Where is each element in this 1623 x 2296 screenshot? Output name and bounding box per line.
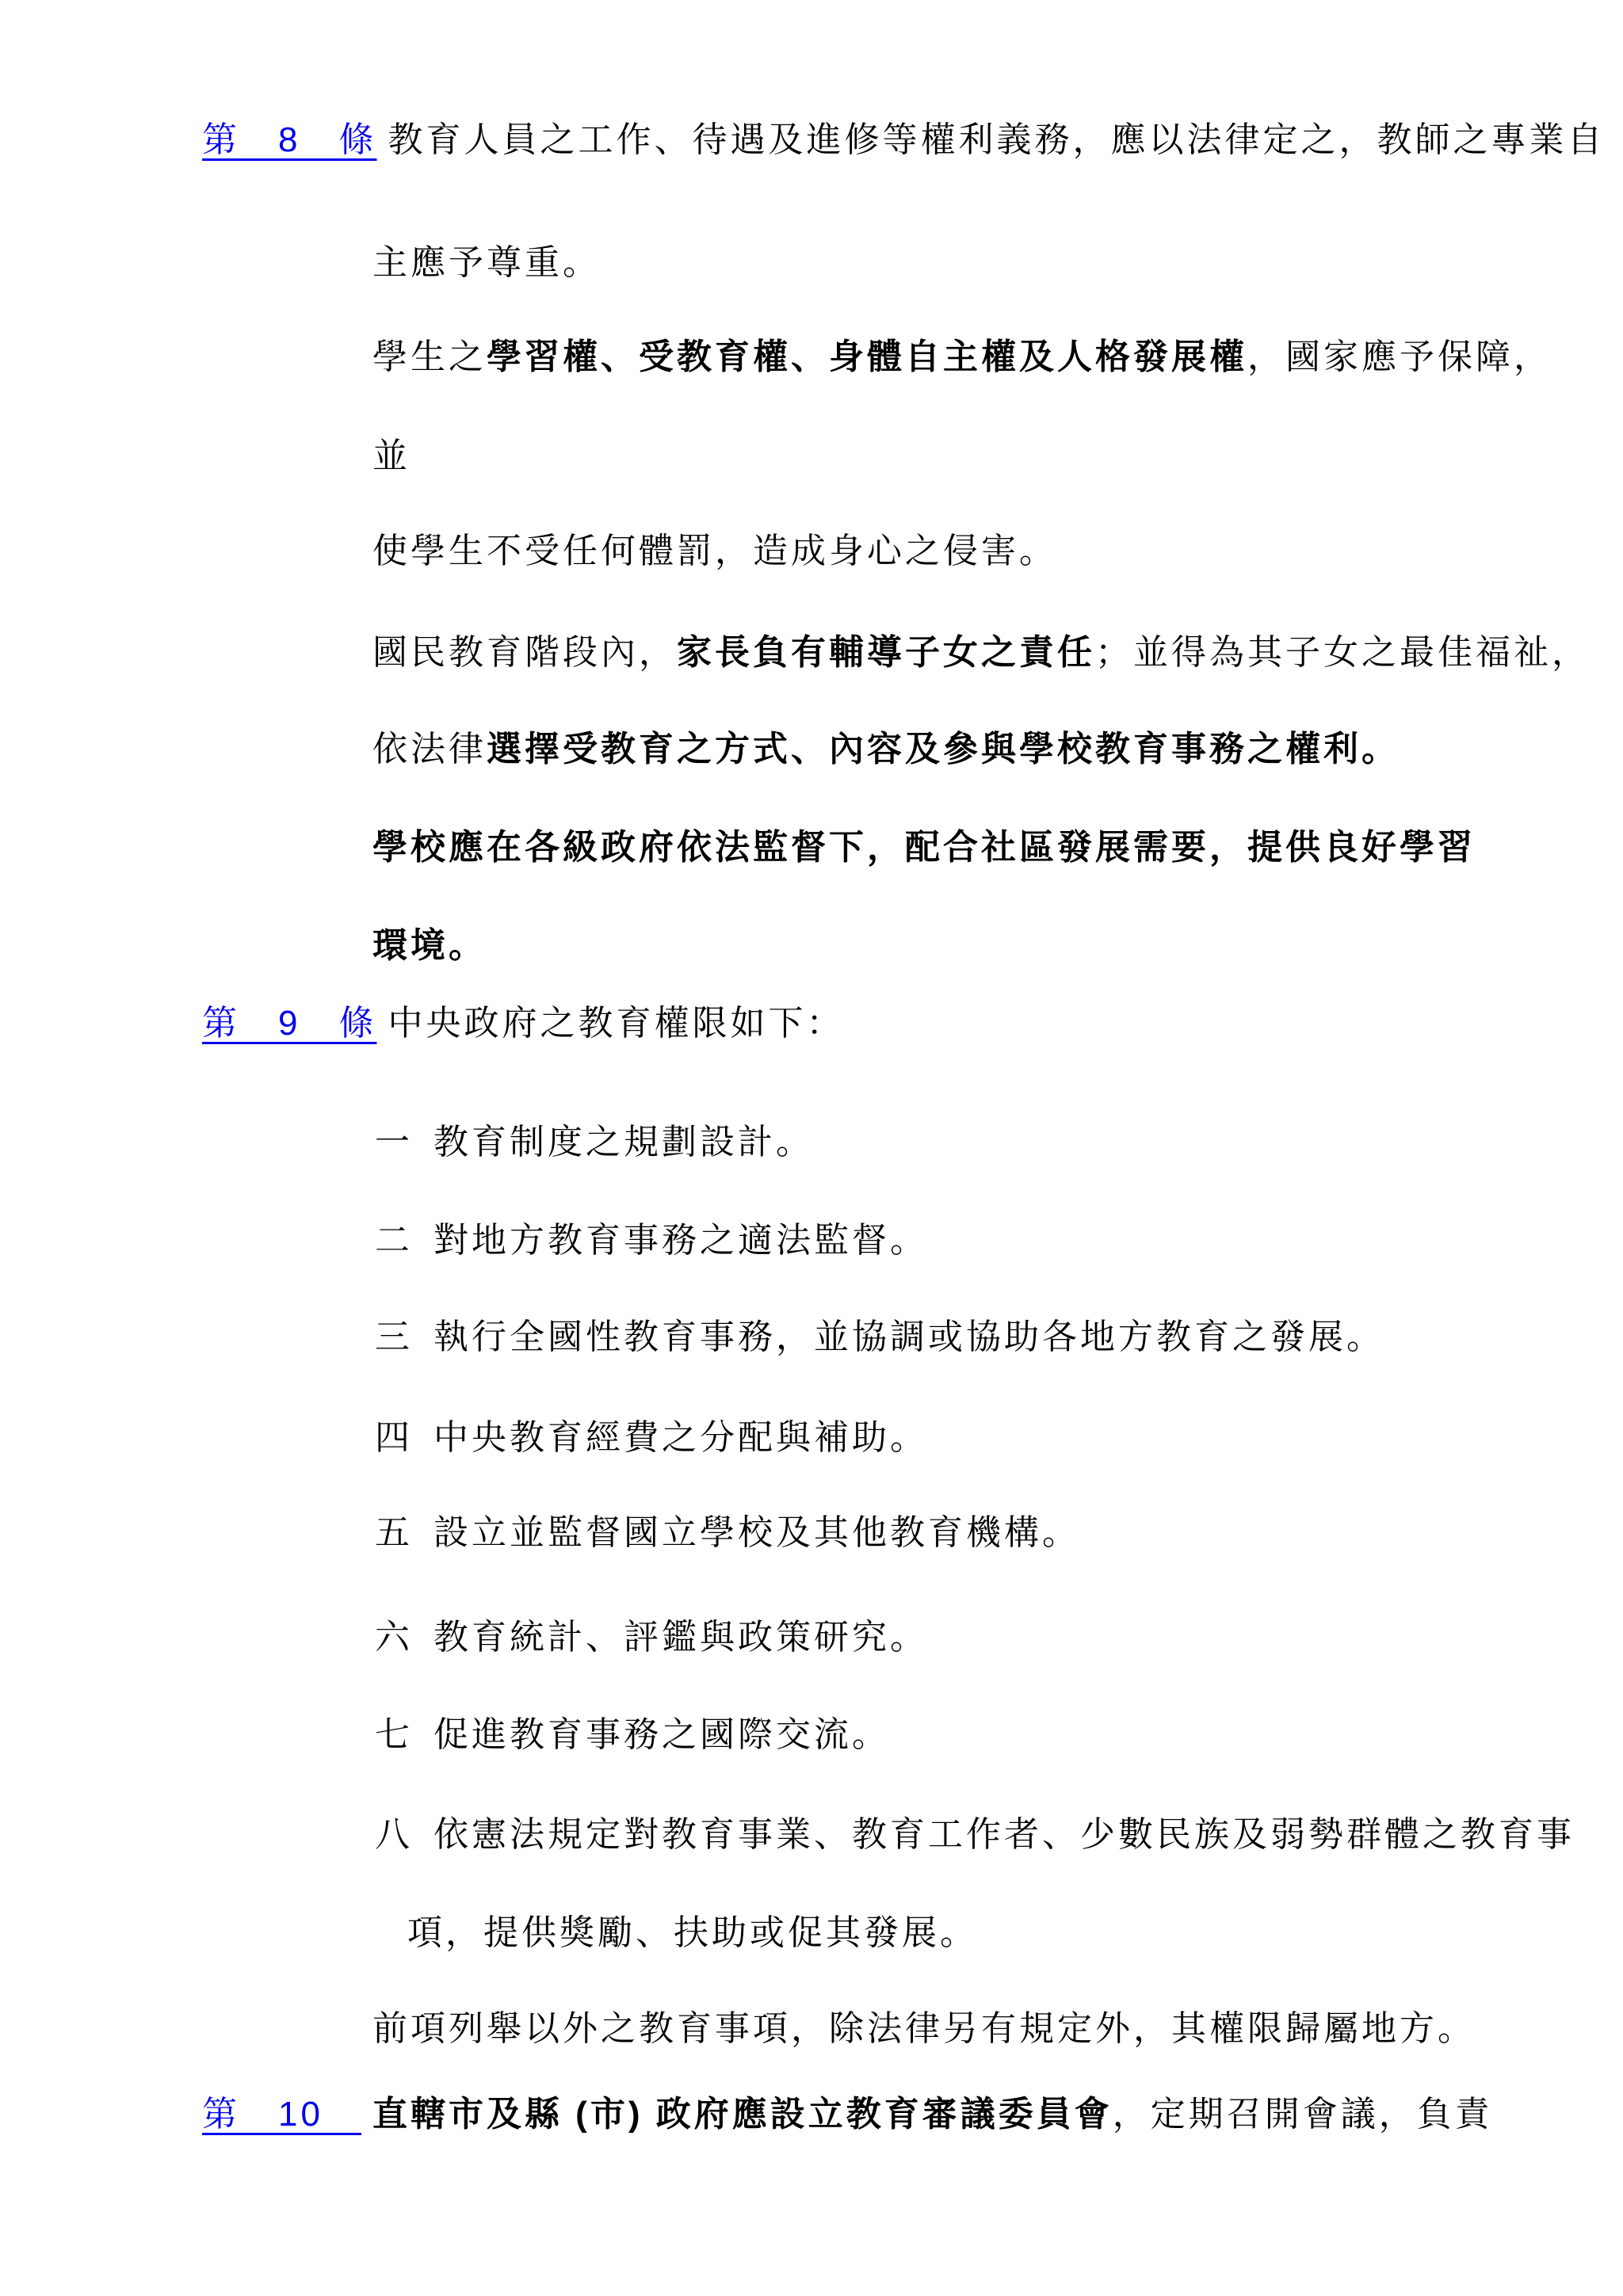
text-line: 學校應在各級政府依法監督下，配合社區發展需要，提供良好學習 — [372, 825, 1476, 871]
list-item: 一教育制度之規劃設計。 — [375, 1119, 814, 1165]
text-line: 前項列舉以外之教育事項，除法律另有規定外，其權限歸屬地方。 — [372, 2006, 1476, 2052]
text-segment: 家長負有輔導子女之責任 — [677, 633, 1095, 672]
text-segment: 前項列舉以外之教育事項，除法律另有規定外，其權限歸屬地方。 — [372, 2009, 1476, 2048]
document-page: 第 8 條教育人員之工作、待遇及進修等權利義務，應以法律定之，教師之專業自主應予… — [0, 0, 1623, 2296]
article-line: 第 9 條中央政府之教育權限如下： — [202, 1001, 844, 1047]
list-item-number: 五 — [375, 1513, 413, 1552]
text-segment: 學校應在各級政府依法監督下，配合社區發展需要，提供良好學習 — [372, 828, 1476, 867]
article-number-link[interactable]: 第 9 條 — [202, 1004, 376, 1043]
list-item-number: 一 — [375, 1123, 413, 1161]
text-line: 依法律選擇受教育之方式、內容及參與學校教育事務之權利。 — [372, 727, 1400, 772]
text-segment: 環境。 — [372, 926, 487, 965]
text-segment: 教育制度之規劃設計。 — [433, 1123, 814, 1161]
text-segment: 中央教育經費之分配與補助。 — [433, 1418, 928, 1457]
text-line: 國民教育階段內，家長負有輔導子女之責任；並得為其子女之最佳福祉， — [372, 630, 1590, 676]
list-item-number: 三 — [375, 1318, 413, 1356]
text-segment: 學習權、受教育權、身體自主權及人格發展權 — [487, 338, 1247, 376]
text-segment: 主應予尊重。 — [372, 243, 601, 282]
text-segment: 國民教育階段內， — [372, 633, 677, 672]
text-segment: 教育統計、評鑑與政策研究。 — [433, 1618, 928, 1657]
text-segment: ，國家應予保障， — [1247, 338, 1552, 376]
text-line: 主應予尊重。 — [372, 240, 601, 286]
list-item: 八依憲法規定對教育事業、教育工作者、少數民族及弱勢群體之教育事 — [375, 1812, 1575, 1858]
text-segment: ，定期召開會議，負責 — [1113, 2095, 1493, 2134]
list-item-number: 二 — [375, 1221, 413, 1260]
list-item-number: 七 — [375, 1715, 413, 1754]
article-line: 第 8 條教育人員之工作、待遇及進修等權利義務，應以法律定之，教師之專業自 — [202, 117, 1605, 163]
text-segment: 教育人員之工作、待遇及進修等權利義務，應以法律定之，教師之專業自 — [388, 120, 1605, 159]
text-segment: 執行全國性教育事務，並協調或協助各地方教育之發展。 — [433, 1318, 1384, 1356]
text-segment: 項，提供獎勵、扶助或促其發展。 — [407, 1913, 978, 1952]
text-segment: 使學生不受任何體罰，造成身心之侵害。 — [372, 532, 1057, 570]
list-item-number: 四 — [375, 1418, 413, 1457]
text-line: 環境。 — [372, 923, 487, 969]
text-segment: 中央政府之教育權限如下： — [388, 1004, 844, 1043]
article-line: 第 10 直轄市及縣 (市) 政府應設立教育審議委員會，定期召開會議，負責 — [202, 2092, 1493, 2138]
text-segment: 選擇受教育之方式、內容及參與學校教育事務之權利。 — [487, 730, 1400, 769]
list-item-number: 六 — [375, 1618, 413, 1657]
list-item: 四中央教育經費之分配與補助。 — [375, 1415, 928, 1461]
text-segment: 並 — [372, 437, 411, 475]
list-item-number: 八 — [375, 1815, 413, 1854]
list-item: 五設立並監督國立學校及其他教育機構。 — [375, 1510, 1080, 1556]
article-number-link[interactable]: 第 8 條 — [202, 120, 376, 159]
list-item: 三執行全國性教育事務，並協調或協助各地方教育之發展。 — [375, 1314, 1384, 1360]
text-segment: 對地方教育事務之適法監督。 — [433, 1221, 928, 1260]
list-item: 二對地方教育事務之適法監督。 — [375, 1218, 928, 1264]
list-item: 七促進教育事務之國際交流。 — [375, 1712, 890, 1758]
text-segment: 學生之 — [372, 338, 487, 376]
text-line: 項，提供獎勵、扶助或促其發展。 — [407, 1910, 978, 1956]
text-line: 使學生不受任何體罰，造成身心之侵害。 — [372, 528, 1057, 574]
list-item: 六教育統計、評鑑與政策研究。 — [375, 1615, 928, 1661]
text-segment: 促進教育事務之國際交流。 — [433, 1715, 890, 1754]
text-segment: 直轄市及縣 (市) 政府應設立教育審議委員會 — [372, 2095, 1113, 2134]
text-segment: ；並得為其子女之最佳福祉， — [1095, 633, 1590, 672]
text-line: 學生之學習權、受教育權、身體自主權及人格發展權，國家應予保障， — [372, 334, 1552, 380]
text-segment: 依憲法規定對教育事業、教育工作者、少數民族及弱勢群體之教育事 — [433, 1815, 1575, 1854]
text-segment: 設立並監督國立學校及其他教育機構。 — [433, 1513, 1080, 1552]
article-number-link[interactable]: 第 10 — [202, 2095, 361, 2134]
text-line: 並 — [372, 433, 411, 479]
text-segment: 依法律 — [372, 730, 487, 769]
